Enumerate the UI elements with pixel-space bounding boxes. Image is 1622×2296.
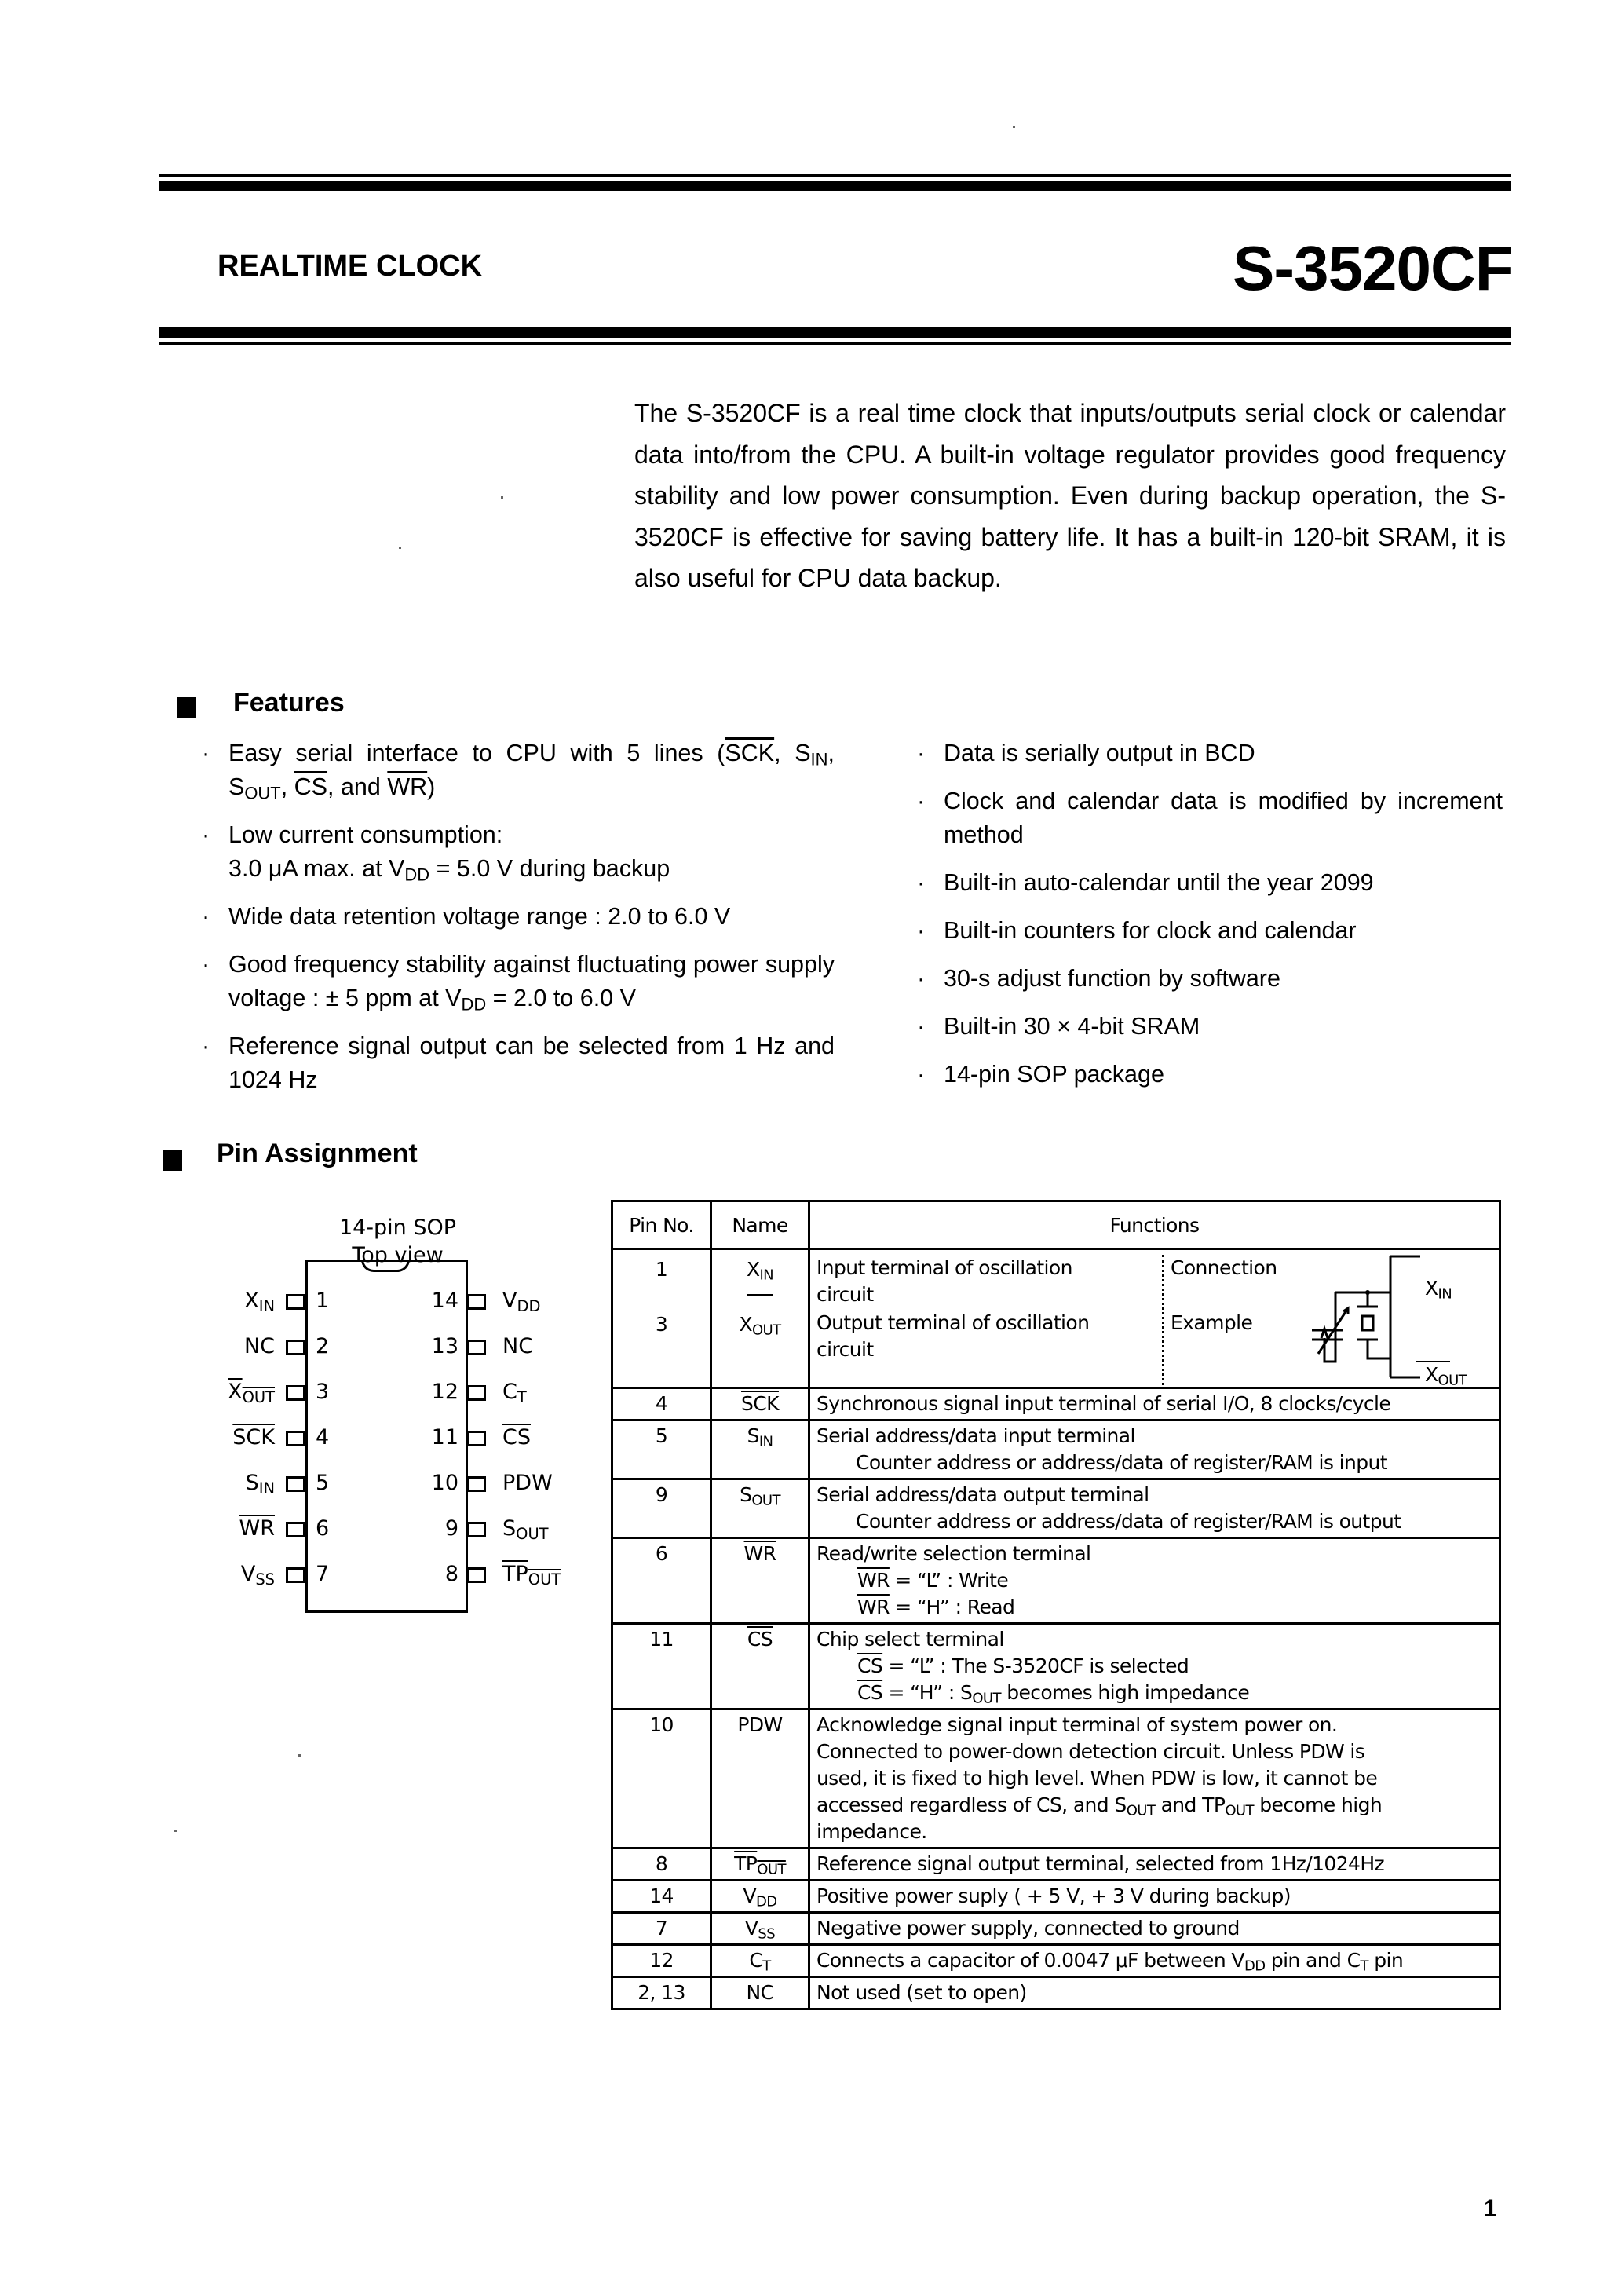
cell-pin-no: 4 bbox=[612, 1388, 711, 1420]
pin-number: 4 bbox=[316, 1425, 329, 1450]
cell-name: WR bbox=[711, 1538, 809, 1624]
cell-pin-no: 9 bbox=[612, 1479, 711, 1538]
function-line: Acknowledge signal input terminal of sys… bbox=[816, 1712, 1492, 1738]
table-row: 11CSChip select terminalCS = “L” : The S… bbox=[612, 1624, 1500, 1709]
header-rule-thin-top bbox=[159, 174, 1511, 177]
bullet-icon: · bbox=[202, 818, 210, 852]
table-row: 5SINSerial address/data input terminalCo… bbox=[612, 1420, 1500, 1479]
pin-lead bbox=[466, 1476, 486, 1492]
function-line: Synchronous signal input terminal of ser… bbox=[816, 1391, 1492, 1417]
connection-example: Connection Example bbox=[1162, 1255, 1492, 1385]
table-header-row: Pin No. Name Functions bbox=[612, 1201, 1500, 1249]
cell-functions: Connects a capacitor of 0.0047 μF betwee… bbox=[809, 1945, 1500, 1977]
pin-assignment-heading: Pin Assignment bbox=[217, 1139, 418, 1169]
header-name: Name bbox=[711, 1201, 809, 1249]
cell-functions: Input terminal of oscillation circuit Ou… bbox=[809, 1249, 1500, 1388]
feature-item: ·Easy serial interface to CPU with 5 lin… bbox=[228, 737, 835, 804]
features-heading: Features bbox=[233, 688, 345, 718]
cell-name: CS bbox=[711, 1624, 809, 1709]
table-row-oscillator: 1 3 XIN XOUT Input terminal of oscillati… bbox=[612, 1249, 1500, 1388]
pin-label: WR bbox=[239, 1516, 275, 1541]
cell-functions: Not used (set to open) bbox=[809, 1977, 1500, 2009]
bullet-icon: · bbox=[917, 737, 925, 770]
pin-label: CT bbox=[502, 1380, 527, 1404]
pin-number: 12 bbox=[432, 1380, 458, 1404]
table-row: 14VDDPositive power suply ( + 5 V, + 3 V… bbox=[612, 1881, 1500, 1913]
pin-lead bbox=[286, 1294, 305, 1310]
function-line: Serial address/data output terminal bbox=[816, 1482, 1492, 1508]
pin-number: 1 bbox=[316, 1289, 329, 1313]
scan-speck bbox=[298, 1754, 301, 1757]
bullet-icon: · bbox=[202, 737, 210, 770]
function-line: CS = “H” : SOUT becomes high impedance bbox=[816, 1680, 1492, 1706]
function-line: WR = “H” : Read bbox=[816, 1594, 1492, 1621]
function-line: used, it is fixed to high level. When PD… bbox=[816, 1765, 1492, 1792]
pin-label: PDW bbox=[502, 1471, 553, 1495]
pin-number: 6 bbox=[316, 1516, 329, 1541]
pin-label: XOUT bbox=[228, 1380, 275, 1404]
diagram-xin-label: XIN bbox=[1425, 1275, 1452, 1302]
page-number: 1 bbox=[1484, 2195, 1497, 2222]
pin-lead bbox=[286, 1340, 305, 1355]
function-line: Positive power suply ( + 5 V, + 3 V duri… bbox=[816, 1883, 1492, 1910]
name-xout: XOUT bbox=[718, 1311, 802, 1338]
cell-pin-no: 14 bbox=[612, 1881, 711, 1913]
pin-lead bbox=[466, 1340, 486, 1355]
bullet-icon: · bbox=[917, 1058, 925, 1091]
pin-number: 9 bbox=[445, 1516, 458, 1541]
function-line: CS = “L” : The S-3520CF is selected bbox=[816, 1653, 1492, 1680]
header-rule-thick-bottom bbox=[159, 327, 1511, 338]
feature-item: ·Low current consumption:3.0 μA max. at … bbox=[228, 818, 835, 886]
pin-number: 14 bbox=[432, 1289, 458, 1313]
cell-pin-no: 5 bbox=[612, 1420, 711, 1479]
pin-lead bbox=[286, 1431, 305, 1446]
function-line: accessed regardless of CS, and SOUT and … bbox=[816, 1792, 1492, 1819]
features-left-list: ·Easy serial interface to CPU with 5 lin… bbox=[228, 737, 835, 1111]
bullet-icon: · bbox=[917, 914, 925, 948]
table-row: 10PDWAcknowledge signal input terminal o… bbox=[612, 1709, 1500, 1848]
cell-pin-no: 2, 13 bbox=[612, 1977, 711, 2009]
name-divider bbox=[747, 1294, 773, 1296]
table-row: 9SOUTSerial address/data output terminal… bbox=[612, 1479, 1500, 1538]
section-bullet-icon bbox=[163, 1150, 182, 1171]
pin-label: SOUT bbox=[502, 1516, 549, 1541]
feature-item: ·Built-in auto-calendar until the year 2… bbox=[944, 866, 1503, 900]
feature-item: ·30-s adjust function by software bbox=[944, 962, 1503, 996]
function-line: Counter address or address/data of regis… bbox=[816, 1450, 1492, 1476]
pin-number: 13 bbox=[432, 1334, 458, 1358]
cell-pin-no: 10 bbox=[612, 1709, 711, 1848]
pin-no-xout: 3 bbox=[619, 1311, 703, 1338]
cell-name: SCK bbox=[711, 1388, 809, 1420]
pin-label: SCK bbox=[232, 1425, 275, 1450]
cell-name: TPOUT bbox=[711, 1848, 809, 1881]
scan-speck bbox=[174, 1830, 177, 1832]
section-bullet-icon bbox=[177, 697, 196, 718]
cell-name: XIN XOUT bbox=[711, 1249, 809, 1388]
pin-number: 11 bbox=[432, 1425, 458, 1450]
feature-item: ·Data is serially output in BCD bbox=[944, 737, 1503, 770]
cell-functions: Serial address/data input terminalCounte… bbox=[809, 1420, 1500, 1479]
table-row: 8TPOUTReference signal output terminal, … bbox=[612, 1848, 1500, 1881]
feature-item: ·Clock and calendar data is modified by … bbox=[944, 784, 1503, 852]
document-category: REALTIME CLOCK bbox=[217, 250, 482, 283]
cell-pin-no: 12 bbox=[612, 1945, 711, 1977]
cell-functions: Serial address/data output terminalCount… bbox=[809, 1479, 1500, 1538]
pin-number: 10 bbox=[432, 1471, 458, 1495]
pin-number: 7 bbox=[316, 1562, 329, 1586]
function-line: Serial address/data input terminal bbox=[816, 1423, 1492, 1450]
bullet-icon: · bbox=[917, 962, 925, 996]
cell-functions: Positive power suply ( + 5 V, + 3 V duri… bbox=[809, 1881, 1500, 1913]
cell-functions: Reference signal output terminal, select… bbox=[809, 1848, 1500, 1881]
pin-label: VDD bbox=[502, 1289, 540, 1313]
feature-item: ·Built-in 30 × 4-bit SRAM bbox=[944, 1010, 1503, 1044]
pin-label: NC bbox=[244, 1334, 275, 1358]
table-row: 7VSSNegative power supply, connected to … bbox=[612, 1913, 1500, 1945]
header-pin-no: Pin No. bbox=[612, 1201, 711, 1249]
pin-number: 5 bbox=[316, 1471, 329, 1495]
bullet-icon: · bbox=[917, 784, 925, 818]
cell-pin-no: 1 3 bbox=[612, 1249, 711, 1388]
function-xin: Input terminal of oscillation circuit bbox=[816, 1255, 1131, 1310]
cell-name: SIN bbox=[711, 1420, 809, 1479]
pin-lead bbox=[466, 1385, 486, 1401]
pin1-notch-icon bbox=[361, 1260, 410, 1272]
cell-pin-no: 6 bbox=[612, 1538, 711, 1624]
cell-functions: Acknowledge signal input terminal of sys… bbox=[809, 1709, 1500, 1848]
cell-name: CT bbox=[711, 1945, 809, 1977]
cell-functions: Read/write selection terminalWR = “L” : … bbox=[809, 1538, 1500, 1624]
pin-number: 2 bbox=[316, 1334, 329, 1358]
function-line: Connects a capacitor of 0.0047 μF betwee… bbox=[816, 1947, 1492, 1974]
pin-lead bbox=[286, 1385, 305, 1401]
name-xin: XIN bbox=[718, 1256, 802, 1294]
cell-functions: Negative power supply, connected to grou… bbox=[809, 1913, 1500, 1945]
pin-lead bbox=[466, 1294, 486, 1310]
feature-item: ·Wide data retention voltage range : 2.0… bbox=[228, 900, 835, 934]
pin-lead bbox=[466, 1567, 486, 1583]
bullet-icon: · bbox=[917, 1010, 925, 1044]
bullet-icon: · bbox=[917, 866, 925, 900]
cell-pin-no: 11 bbox=[612, 1624, 711, 1709]
pin-number: 8 bbox=[445, 1562, 458, 1586]
scan-speck bbox=[501, 496, 503, 499]
function-line: Not used (set to open) bbox=[816, 1980, 1492, 2006]
cell-pin-no: 7 bbox=[612, 1913, 711, 1945]
feature-item: ·Good frequency stability against fluctu… bbox=[228, 948, 835, 1015]
header-rule-thin-bottom bbox=[159, 342, 1511, 345]
pin-lead bbox=[466, 1431, 486, 1446]
function-line: impedance. bbox=[816, 1819, 1492, 1845]
cell-pin-no: 8 bbox=[612, 1848, 711, 1881]
pin-lead bbox=[466, 1522, 486, 1537]
pin-label: TPOUT bbox=[502, 1562, 561, 1586]
function-line: Negative power supply, connected to grou… bbox=[816, 1915, 1492, 1942]
pin-lead bbox=[286, 1522, 305, 1537]
cell-functions: Synchronous signal input terminal of ser… bbox=[809, 1388, 1500, 1420]
table-row: 4SCKSynchronous signal input terminal of… bbox=[612, 1388, 1500, 1420]
intro-paragraph: The S-3520CF is a real time clock that i… bbox=[634, 393, 1506, 599]
pin-number: 3 bbox=[316, 1380, 329, 1404]
bullet-icon: · bbox=[202, 900, 210, 934]
diagram-xout-label: XOUT bbox=[1425, 1362, 1467, 1388]
pin-label: SIN bbox=[246, 1471, 275, 1495]
pin-label: XIN bbox=[244, 1289, 275, 1313]
features-right-list: ·Data is serially output in BCD·Clock an… bbox=[944, 737, 1503, 1106]
pin-label: CS bbox=[502, 1425, 531, 1450]
cell-name: NC bbox=[711, 1977, 809, 2009]
cell-functions: Chip select terminalCS = “L” : The S-352… bbox=[809, 1624, 1500, 1709]
cell-name: VSS bbox=[711, 1913, 809, 1945]
bullet-icon: · bbox=[202, 1029, 210, 1063]
feature-item: ·Built-in counters for clock and calenda… bbox=[944, 914, 1503, 948]
pin-lead bbox=[286, 1476, 305, 1492]
pin-function-table: Pin No. Name Functions 1 3 XIN XOUT Inpu… bbox=[611, 1200, 1501, 2010]
bullet-icon: · bbox=[202, 948, 210, 982]
function-xout: Output terminal of oscillation circuit bbox=[816, 1310, 1131, 1363]
function-line: Read/write selection terminal bbox=[816, 1541, 1492, 1567]
header-functions: Functions bbox=[809, 1201, 1500, 1249]
cell-name: PDW bbox=[711, 1709, 809, 1848]
function-line: Counter address or address/data of regis… bbox=[816, 1508, 1492, 1535]
table-row: 6WRRead/write selection terminalWR = “L”… bbox=[612, 1538, 1500, 1624]
function-line: Connected to power-down detection circui… bbox=[816, 1738, 1492, 1765]
part-number-title: S-3520CF bbox=[1233, 232, 1513, 305]
package-type: 14-pin SOP bbox=[317, 1214, 478, 1241]
table-row: 12CTConnects a capacitor of 0.0047 μF be… bbox=[612, 1945, 1500, 1977]
function-line: WR = “L” : Write bbox=[816, 1567, 1492, 1594]
function-line: Reference signal output terminal, select… bbox=[816, 1851, 1492, 1877]
table-row: 2, 13NCNot used (set to open) bbox=[612, 1977, 1500, 2009]
cell-name: SOUT bbox=[711, 1479, 809, 1538]
pin-lead bbox=[286, 1567, 305, 1583]
feature-item: ·Reference signal output can be selected… bbox=[228, 1029, 835, 1097]
pin-no-xin: 1 bbox=[619, 1256, 703, 1311]
cell-name: VDD bbox=[711, 1881, 809, 1913]
header-rule-thick-top bbox=[159, 181, 1511, 191]
scan-speck bbox=[399, 547, 401, 549]
feature-item: ·14-pin SOP package bbox=[944, 1058, 1503, 1091]
pin-label: NC bbox=[502, 1334, 533, 1358]
function-line: Chip select terminal bbox=[816, 1626, 1492, 1653]
pin-label: VSS bbox=[241, 1562, 275, 1586]
scan-speck bbox=[1013, 126, 1015, 128]
